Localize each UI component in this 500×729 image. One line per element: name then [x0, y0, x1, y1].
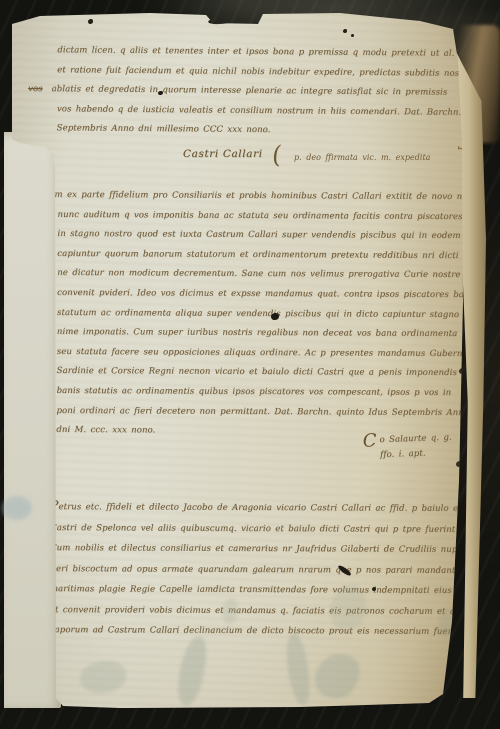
page-edge-shading [10, 13, 465, 709]
stain [2, 496, 32, 520]
archive-photo: dictam licen. q aliis et tenentes inter … [0, 0, 500, 729]
under-page [4, 132, 61, 708]
manuscript-page: dictam licen. q aliis et tenentes inter … [10, 13, 465, 709]
